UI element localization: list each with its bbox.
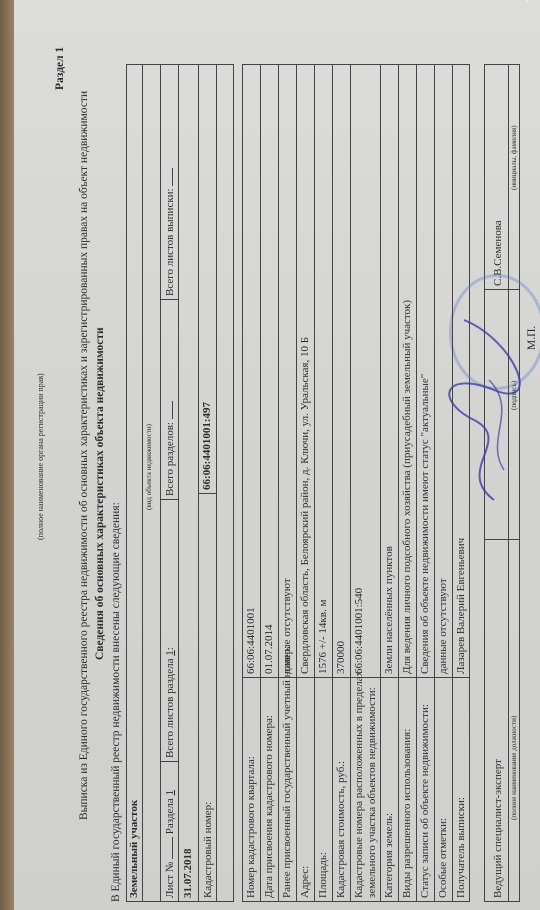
section-of-value: 1 [164,790,176,796]
cadastral-number-label: Кадастровый номер: [202,802,214,898]
document-title: Выписка из Единого государственного реес… [78,91,90,820]
row-label: Кадастровая стоимость, руб.: [335,761,347,898]
intro-text: В Единый государственный реестр недвижим… [110,502,122,902]
extract-date: 31.07.2018 [182,849,194,899]
row-label: Особые отметки: [437,818,449,898]
row-value: Для ведения личного подсобного хозяйства… [401,300,413,674]
row-label: Дата присвоения кадастрового номера: [263,715,275,898]
authority-caption: (полное наименование органа регистрации … [36,373,45,540]
row-value: данные отсутствуют [437,578,449,674]
cadastral-number-value: 66:06:4401001:497 [201,402,213,490]
row-label-continued: земельного участка объектов недвижимости… [366,687,378,898]
row-label: Адрес: [299,866,311,898]
section-label: Раздел 1 [54,47,66,90]
row-value: 1576 +/- 14кв. м [317,600,329,674]
name-caption: (инициалы, фамилия) [510,125,518,190]
row-value: Свердловская область, Белоярский район, … [299,337,311,674]
row-value: Лазарев Валерий Евгеньевич [455,538,467,674]
row-value: 66:06:4401001 [245,607,257,674]
total-sections: Всего разделов: [164,401,176,496]
row-value: 01.07.2014 [263,625,275,675]
row-label: Кадастровые номера расположенных в преде… [353,671,365,898]
row-label: Площадь: [317,852,329,898]
row-label: Получатель выписки: [455,797,467,898]
sheet-number: Лист № Раздела 1 [164,790,176,898]
row-value: данные отсутствуют [281,578,293,674]
row-label: Категория земель: [383,813,395,898]
document: (полное наименование органа регистрации … [14,0,540,910]
row-label: Статус записи об объекте недвижимости: [419,704,431,898]
sheets-in-section-value: 1 [164,650,176,656]
object-type-caption: (вид объекта недвижимости) [145,424,153,510]
object-type: Земельный участок [128,800,140,898]
row-value: 66:06:4401001:540 [353,588,365,674]
sheet-label: Лист № [164,862,176,898]
row-label: Ранее присвоенный государственный учетны… [281,646,293,898]
photo-background [0,0,14,910]
total-sheets: Всего листов выписки: [164,168,176,296]
position-caption: (полное наименование должности) [510,716,518,820]
document-subtitle: Сведения об основных характеристиках объ… [94,327,106,660]
row-label: Виды разрешенного использования: [401,729,413,898]
row-value: Земли населённых пунктов [383,546,395,674]
official-position: Ведущий специалист-эксперт [492,759,504,898]
signature-mark [434,310,524,510]
row-value: 370000 [335,641,347,674]
section-of-label: Раздела [164,798,176,834]
sheets-in-section: Всего листов раздела 1: [164,647,176,758]
watermark: ONREALT [506,0,532,6]
row-label: Номер кадастрового квартала: [245,756,257,898]
row-value: Сведения об объекте недвижимости имеют с… [419,374,431,674]
